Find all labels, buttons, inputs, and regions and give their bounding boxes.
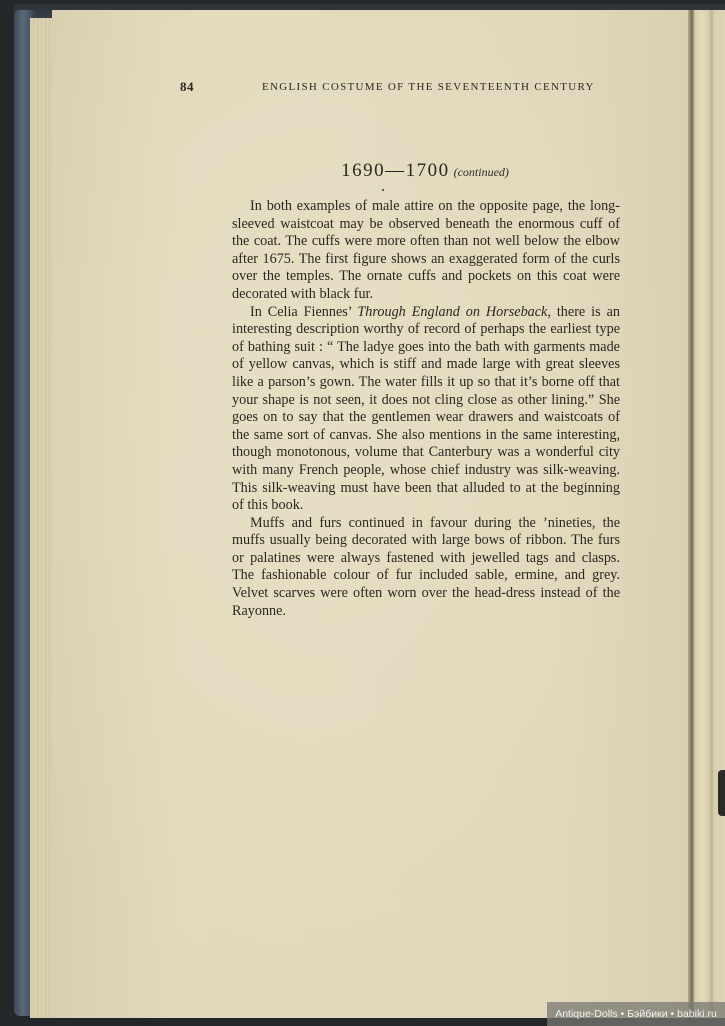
book-title: English Costume of the Seventeenth Centu… xyxy=(262,81,595,93)
paragraph-2: In Celia Fiennes’ Through England on Hor… xyxy=(232,304,620,515)
book-reference: Through England on Horseback xyxy=(357,304,547,320)
paragraph-2-rest: , there is an interesting description wo… xyxy=(232,304,620,514)
page-edges xyxy=(30,18,54,1018)
watermark: Antique-Dolls • Бэйбики • babiki.ru xyxy=(547,1002,725,1026)
facing-page-illustration-edge xyxy=(718,770,725,816)
section-heading: 1690—1700 (continued) xyxy=(220,160,630,182)
book-scan: 84 English Costume of the Seventeenth Ce… xyxy=(0,0,725,1026)
page-number: 84 xyxy=(180,79,194,95)
ornament-dot xyxy=(382,189,384,191)
paragraph-2-lead: In Celia Fiennes’ xyxy=(250,304,357,320)
running-head: 84 English Costume of the Seventeenth Ce… xyxy=(180,79,590,99)
book-gutter xyxy=(688,10,725,1018)
paragraph-3: Muffs and furs continued in favour durin… xyxy=(232,515,620,621)
section-continued: (continued) xyxy=(454,165,509,179)
section-years: 1690—1700 xyxy=(341,160,450,181)
body-text: In both examples of male attire on the o… xyxy=(232,198,620,620)
paragraph-1: In both examples of male attire on the o… xyxy=(232,198,620,304)
